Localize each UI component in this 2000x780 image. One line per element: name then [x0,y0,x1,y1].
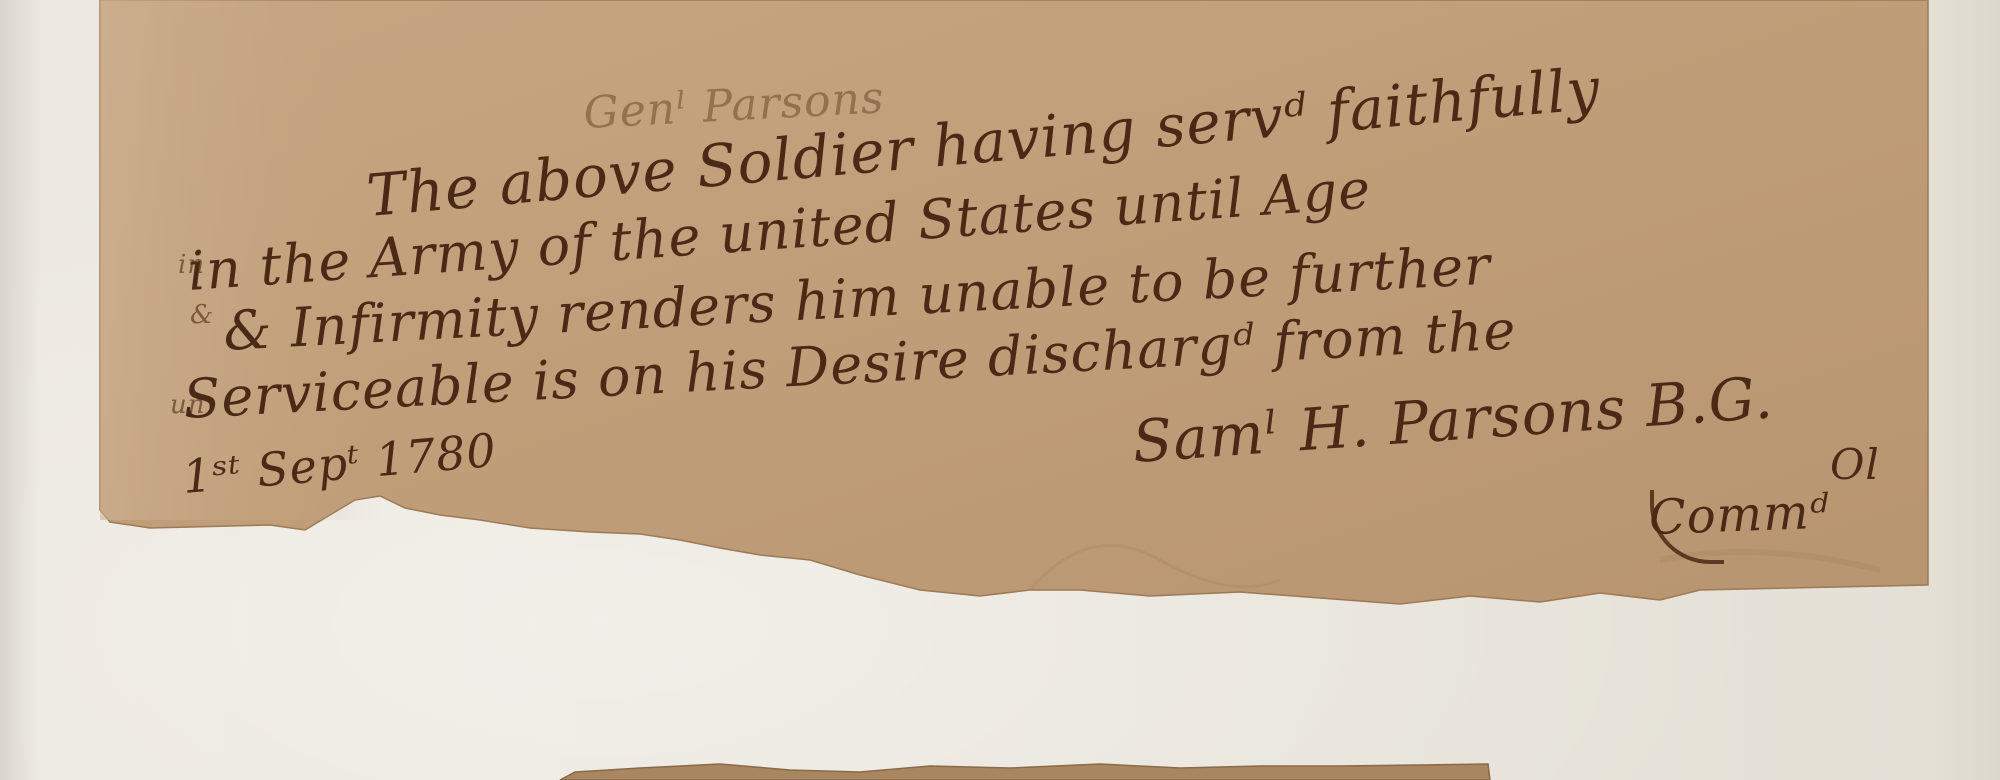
lower-document-fragment [0,0,2000,780]
